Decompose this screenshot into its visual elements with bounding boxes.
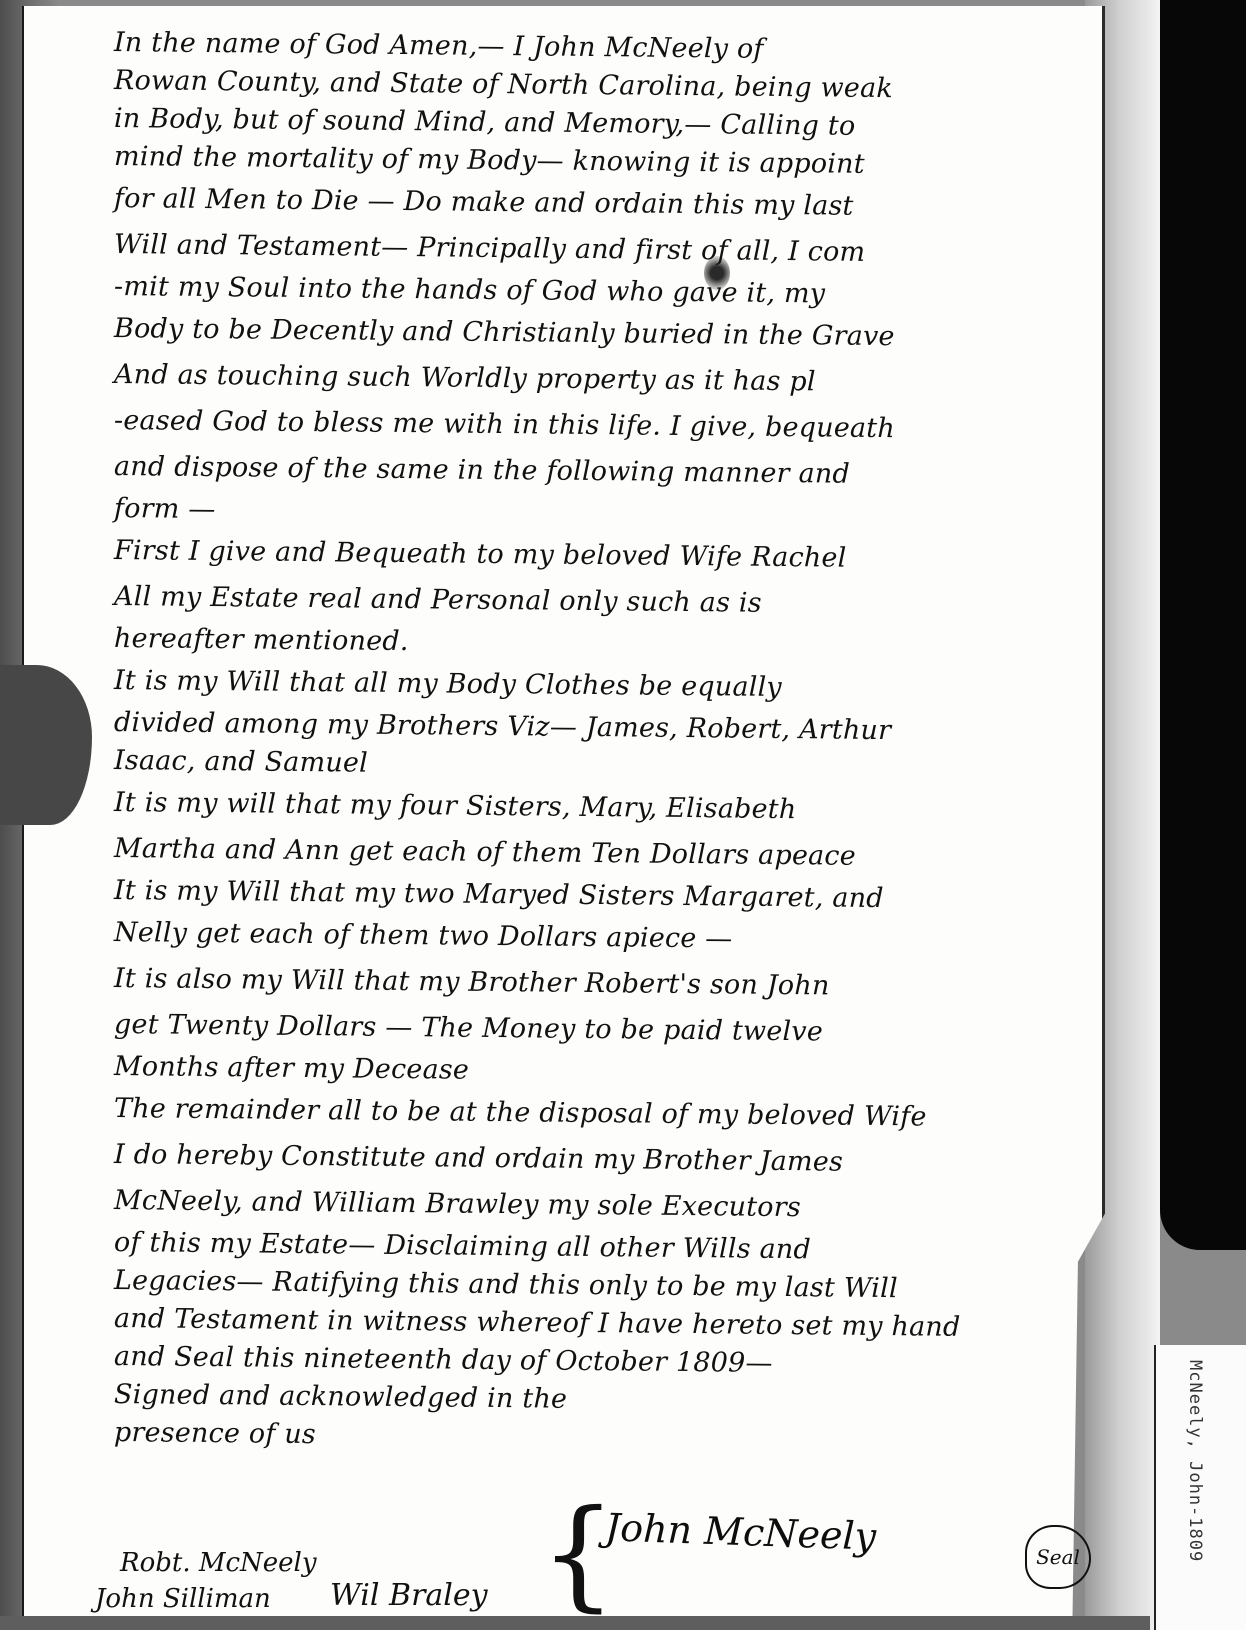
scan-bottom-edge — [0, 1616, 1150, 1630]
testator-signature: John McNeely — [604, 1505, 877, 1558]
torn-edge — [0, 665, 92, 825]
will-text-body: In the name of God Amen,— I John McNeely… — [114, 24, 1074, 1452]
witness-signature: Robt. McNeely — [120, 1548, 317, 1578]
seal-mark: Seal — [1025, 1525, 1091, 1589]
scanner-black-strip — [1160, 0, 1246, 1250]
seal-label: Seal — [1036, 1545, 1080, 1569]
witness-signature: John Silliman — [95, 1584, 271, 1614]
witness-signature: Wil Braley — [330, 1578, 488, 1613]
archive-label: McNeely, John-1809 — [1185, 1360, 1205, 1562]
will-document-page: In the name of God Amen,— I John McNeely… — [22, 6, 1105, 1616]
